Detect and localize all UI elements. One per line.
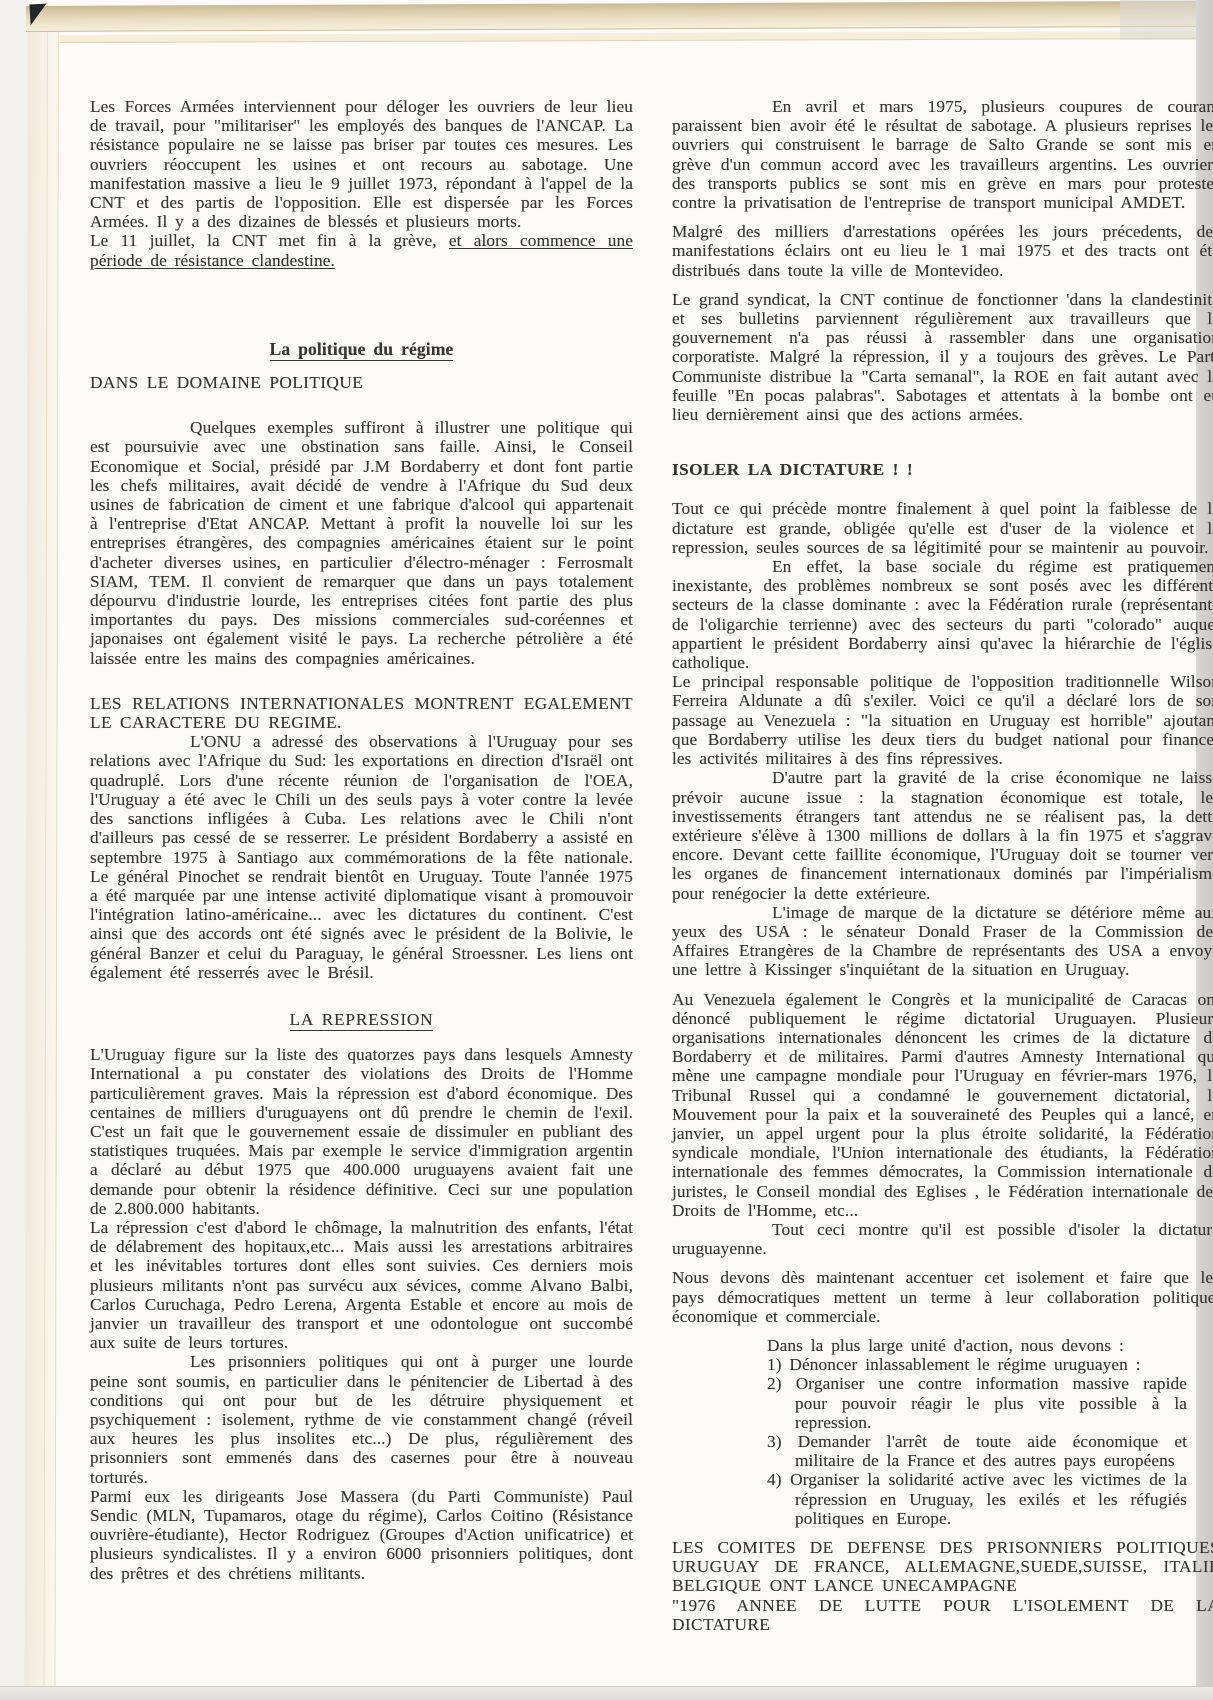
action-item-3: 3) Demander l'arrêt de toute aide économ… [767,1432,1187,1470]
subheading-dans-le-domaine-politique: DANS LE DOMAINE POLITIQUE [90,373,633,392]
paper-edge-left [24,6,59,1700]
para-forces-armees: Les Forces Armées interviennent pour dél… [90,97,633,231]
para-tout-ceci-montre: Tout ceci montre qu'il est possible d'is… [672,1220,1213,1258]
scanner-background-strip [0,0,28,1700]
para-prisonniers-politiques: Les prisonniers politiques qui ont à pur… [90,1352,633,1486]
para-tout-ce-qui-precede: Tout ce qui précède montre finalement à … [672,499,1213,557]
scan-edge-bottom [0,1686,1213,1700]
para-11-juillet-lead: Le 11 juillet, la CNT met fin à la grève… [90,231,449,250]
heading-la-repression: LA REPRESSION [90,1010,633,1029]
paper-edge-top-inner [60,31,1213,43]
action-item-1: 1) Dénoncer inlassablement le régime uru… [767,1355,1187,1374]
para-principal-responsable: Le principal responsable politique de l'… [672,672,1213,768]
heading-isoler-la-dictature: ISOLER LA DICTATURE ! ! [672,460,1213,479]
para-11-juillet: Le 11 juillet, la CNT met fin à la grève… [90,231,633,269]
para-autre-part-crise: D'autre part la gravité de la crise écon… [672,768,1213,902]
action-item-4: 4) Organiser la solidarité active avec l… [767,1470,1187,1528]
para-nous-devons: Nous devons dès maintenant accentuer cet… [672,1268,1213,1326]
paper-edge-top [26,1,1213,32]
left-column: Les Forces Armées interviennent pour dél… [90,97,633,1583]
right-column: En avril et mars 1975, plusieurs coupure… [672,97,1213,1634]
para-onu: L'ONU a adressé des observations à l'Uru… [90,732,633,982]
para-quelques-exemples: Quelques exemples suffiront à illustrer … [90,418,633,668]
para-uruguay-liste: L'Uruguay figure sur la liste des quator… [90,1045,633,1218]
para-image-de-marque: L'image de marque de la dictature se dét… [672,903,1213,980]
para-repression-chomage: La répression c'est d'abord le chômage, … [90,1218,633,1352]
para-malgre-arrestations: Malgré des milliers d'arrestations opéré… [672,222,1213,280]
para-parmi-eux: Parmi eux les dirigeants Jose Massera (d… [90,1487,633,1583]
subheading-relations-internationales: LES RELATIONS INTERNATIONALES MONTRENT E… [90,694,633,732]
action-list: Dans la plus large unité d'action, nous … [767,1336,1187,1528]
para-campagne-1976: "1976 ANNEE DE LUTTE POUR L'ISOLEMENT DE… [672,1596,1213,1634]
para-en-effet: En effet, la base sociale du régime est … [672,557,1213,672]
para-grand-syndicat: Le grand syndicat, la CNT continue de fo… [672,290,1213,424]
para-comites-defense: LES COMITES DE DEFENSE DES PRISONNIERS P… [672,1538,1213,1596]
para-avril-mars-1975: En avril et mars 1975, plusieurs coupure… [672,97,1213,212]
corner-dark-mark [29,4,47,26]
action-item-2: 2) Organiser une contre information mass… [767,1374,1187,1432]
para-venezuela-congres: Au Venezuela également le Congrès et la … [672,990,1213,1220]
heading-la-politique-du-regime: La politique du régime [90,340,633,359]
scanned-document-page: Les Forces Armées interviennent pour dél… [0,0,1213,1700]
action-list-intro: Dans la plus large unité d'action, nous … [767,1336,1187,1355]
